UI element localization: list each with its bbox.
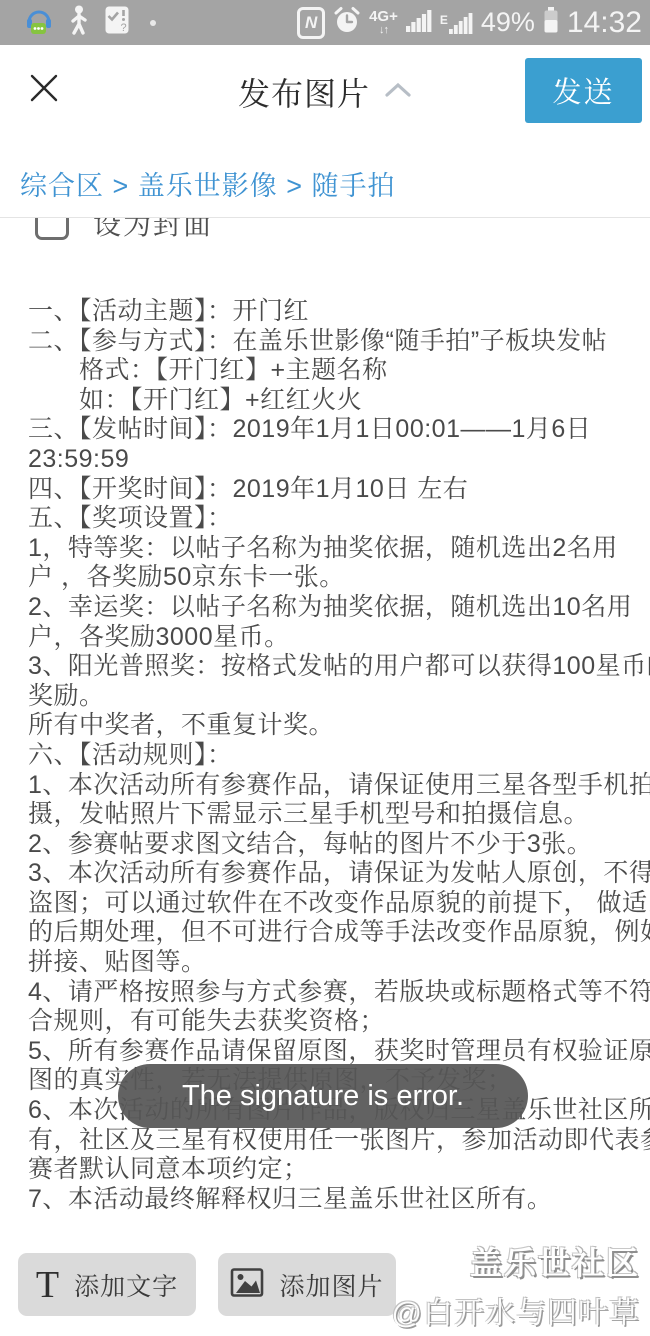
content-text-line: 三、【发帖时间】：2019年1月1日00:01——1月6日 (28, 415, 646, 445)
watermark: 盖乐世社区 @白开水与四叶草 (392, 1238, 640, 1332)
content-text-line: 的后期处理，但不可进行合成等手法改变作品原貌，例如 (28, 918, 646, 948)
battery-icon (543, 6, 559, 39)
content-text-line: 一、【活动主题】：开门红 (28, 297, 646, 327)
content-text-line: 2、参赛帖要求图文结合，每帖的图片不少于3张。 (28, 830, 646, 860)
status-bar-right: N 4G+ ↓↑ (297, 6, 642, 40)
breadcrumb[interactable]: 综合区 > 盖乐世影像 > 随手拍 (20, 164, 396, 203)
content-text-line: 五、【奖项设置】： (28, 504, 646, 534)
cover-row-clip: 设为封面 (0, 217, 650, 243)
status-bar-left: ? (8, 5, 156, 40)
content-text-line: 四、【开奖时间】：2019年1月10日 左右 (28, 475, 646, 505)
watermark-community-name: 盖乐世社区 (392, 1238, 640, 1284)
set-as-cover-row[interactable]: 设为封面 (0, 217, 650, 243)
content-text-line: 拼接、贴图等。 (28, 948, 646, 978)
content-text-line: 摄，发帖照片下需显示三星手机型号和拍摄信息。 (28, 800, 646, 830)
content-text-line: 赛者默认同意本项约定； (28, 1155, 646, 1185)
content-text-line: 格式：【开门红】+主题名称 (28, 356, 646, 386)
content-text-line: 3、阳光普照奖：按格式发帖的用户都可以获得100星币的 (28, 652, 646, 682)
image-tool-icon (230, 1267, 264, 1303)
toast-message: The signature is error. (182, 1080, 464, 1113)
content-text-line: 盗图；可以通过软件在不改变作品原貌的前提下， 做适当 (28, 889, 646, 919)
content-text-line: 4、请严格按照参与方式参赛，若版块或标题格式等不符 (28, 978, 646, 1008)
content-text-line: 奖励。 (28, 682, 646, 712)
add-image-button[interactable]: 添加图片 (218, 1253, 396, 1316)
nfc-icon: N (297, 7, 325, 39)
svg-text:?: ? (120, 22, 126, 34)
toast: The signature is error. (118, 1064, 528, 1128)
content-text-line: 合规则，有可能失去获奖资格； (28, 1007, 646, 1037)
content-text-line: 1，特等奖：以帖子名称为抽奖依据，随机选出2名用 (28, 534, 646, 564)
text-tool-icon: T (36, 1266, 59, 1304)
signal-strength-sim2-icon: E (440, 11, 473, 34)
status-bar: ? N 4G+ ↓↑ (0, 0, 650, 45)
send-button-label: 发送 (552, 70, 614, 111)
content-text-line: 3、本次活动所有参赛作品，请保证为发帖人原创，不得 (28, 859, 646, 889)
clock-time: 14:32 (567, 6, 642, 40)
content-text-line: 7、本活动最终解释权归三星盖乐世社区所有。 (28, 1185, 646, 1215)
content-text-line: 5、所有参赛作品请保留原图，获奖时管理员有权验证原 (28, 1037, 646, 1067)
content-text-line: 有，社区及三星有权使用任一张图片，参加活动即代表参 (28, 1126, 646, 1156)
set-as-cover-label: 设为封面 (93, 217, 213, 243)
chevron-up-icon (384, 82, 412, 103)
page-title: 发布图片 (238, 69, 370, 115)
content-text-line: 1、本次活动所有参赛作品，请保证使用三星各型手机拍 (28, 771, 646, 801)
mobile-data-4g-plus-icon: 4G+ ↓↑ (369, 9, 398, 36)
checklist-icon: ? (104, 5, 130, 40)
content-text-line: 户，各奖励3000星币。 (28, 623, 646, 653)
add-image-label: 添加图片 (279, 1267, 383, 1303)
battery-percent: 49% (481, 7, 535, 38)
content-text-line: 二、【参与方式】：在盖乐世影像“随手拍”子板块发帖 (28, 327, 646, 357)
headset-chat-icon (24, 5, 54, 40)
add-text-label: 添加文字 (74, 1267, 178, 1303)
signal-strength-icon (406, 9, 432, 37)
notification-dot-icon (150, 20, 156, 26)
send-button[interactable]: 发送 (525, 58, 642, 123)
content-text-line: 户 ，各奖励50京东卡一张。 (28, 563, 646, 593)
content-text-line: 所有中奖者，不重复计奖。 (28, 711, 646, 741)
watermark-user-handle: @白开水与四叶草 (392, 1288, 640, 1332)
publish-image-screen: ? N 4G+ ↓↑ (0, 0, 650, 1336)
alarm-clock-icon (333, 6, 361, 39)
content-text-line: 2、幸运奖：以帖子名称为抽奖依据，随机选出10名用 (28, 593, 646, 623)
content-text-line: 23:59:59 (28, 445, 646, 475)
walking-person-icon (68, 5, 90, 40)
content-text-line: 如：【开门红】+红红火火 (28, 386, 646, 416)
content-text-line: 六、【活动规则】： (28, 741, 646, 771)
add-text-button[interactable]: T 添加文字 (18, 1253, 196, 1316)
set-as-cover-checkbox[interactable] (35, 217, 69, 240)
